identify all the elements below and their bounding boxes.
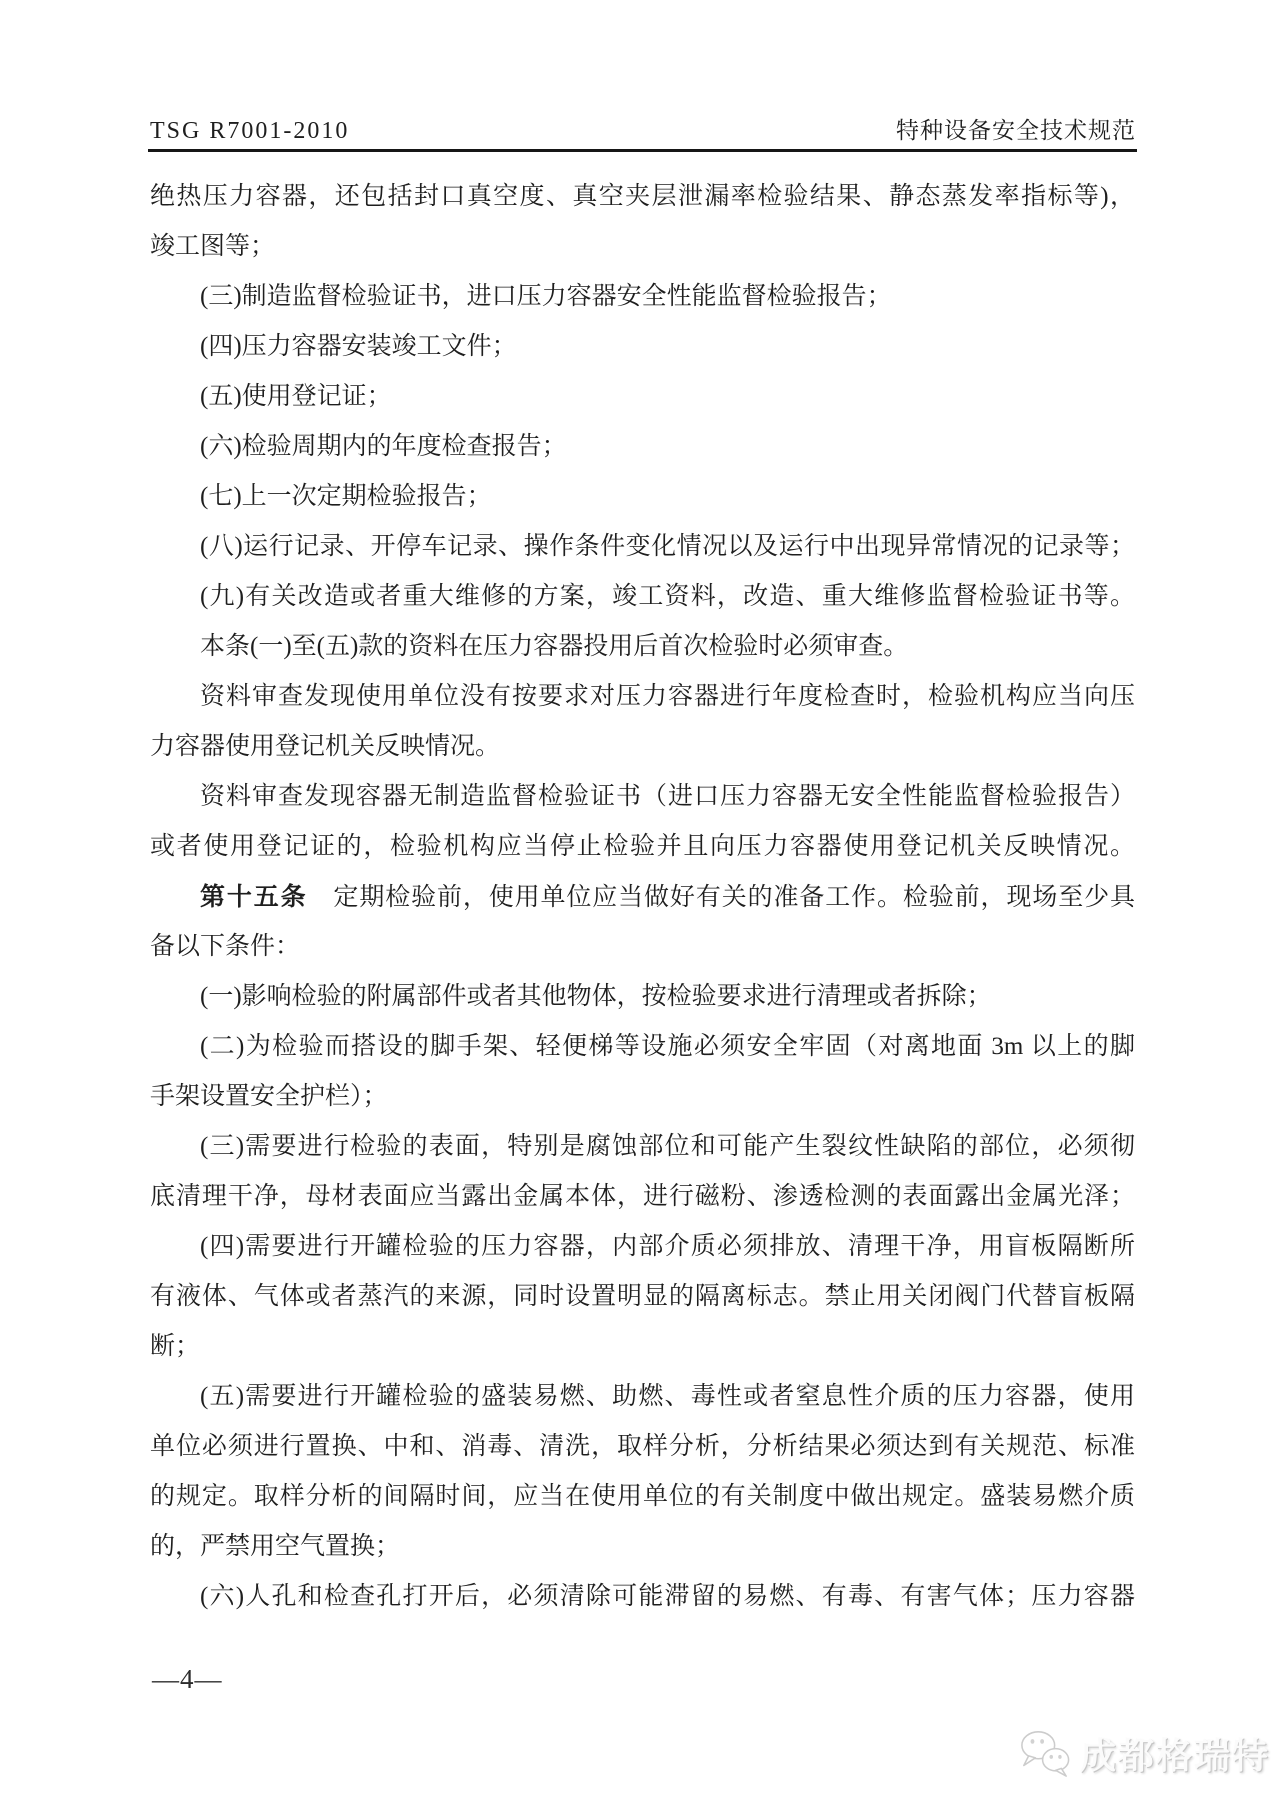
text-line: 资料审查发现使用单位没有按要求对压力容器进行年度检查时，检验机构应当向压 [150, 672, 1135, 722]
text-line: 本条(一)至(五)款的资料在压力容器投用后首次检验时必须审查。 [150, 622, 1135, 672]
text-line: (六)检验周期内的年度检查报告； [150, 422, 1135, 472]
text-line: (七)上一次定期检验报告； [150, 472, 1135, 522]
text-line: (二)为检验而搭设的脚手架、轻便梯等设施必须安全牢固（对离地面 3m 以上的脚 [150, 1022, 1135, 1072]
text-line: (六)人孔和检查孔打开后，必须清除可能滞留的易燃、有毒、有害气体；压力容器 [150, 1572, 1135, 1622]
header-rule [148, 149, 1137, 152]
text-line: 资料审查发现容器无制造监督检验证书（进口压力容器无安全性能监督检验报告） [150, 772, 1135, 822]
header-doc-title: 特种设备安全技术规范 [896, 112, 1136, 145]
text-line: (一)影响检验的附属部件或者其他物体，按检验要求进行清理或者拆除； [150, 972, 1135, 1022]
wechat-icon [1016, 1727, 1074, 1779]
text-line: 备以下条件： [150, 922, 1135, 972]
text-line: 手架设置安全护栏）； [150, 1072, 1135, 1122]
text-line: 的，严禁用空气置换； [150, 1522, 1135, 1572]
text-line: (三)制造监督检验证书，进口压力容器安全性能监督检验报告； [150, 272, 1135, 322]
text-line: 的规定。取样分析的间隔时间，应当在使用单位的有关制度中做出规定。盛装易燃介质 [150, 1472, 1135, 1522]
page-header: TSG R7001-2010 特种设备安全技术规范 [150, 112, 1136, 145]
text-line: 力容器使用登记机关反映情况。 [150, 722, 1135, 772]
text-line: 断； [150, 1322, 1135, 1372]
watermark-text: 成都格瑞特 [1080, 1728, 1270, 1779]
text-line: (五)使用登记证； [150, 372, 1135, 422]
text-line: 绝热压力容器，还包括封口真空度、真空夹层泄漏率检验结果、静态蒸发率指标等)， [150, 172, 1135, 222]
text-line: (五)需要进行开罐检验的盛装易燃、助燃、毒性或者窒息性介质的压力容器，使用 [150, 1372, 1135, 1422]
text-line: 有液体、气体或者蒸汽的来源，同时设置明显的隔离标志。禁止用关闭阀门代替盲板隔 [150, 1272, 1135, 1322]
text-line: (八)运行记录、开停车记录、操作条件变化情况以及运行中出现异常情况的记录等； [150, 522, 1135, 572]
text-line: (三)需要进行检验的表面，特别是腐蚀部位和可能产生裂纹性缺陷的部位，必须彻 [150, 1122, 1135, 1172]
text-line: (四)需要进行开罐检验的压力容器，内部介质必须排放、清理干净，用盲板隔断所 [150, 1222, 1135, 1272]
text-line: 或者使用登记证的，检验机构应当停止检验并且向压力容器使用登记机关反映情况。 [150, 822, 1135, 872]
article-number: 第十五条 [200, 883, 308, 911]
document-body: 绝热压力容器，还包括封口真空度、真空夹层泄漏率检验结果、静态蒸发率指标等)，竣工… [150, 172, 1135, 1622]
page-number: —4— [152, 1664, 223, 1695]
watermark: 成都格瑞特 [1016, 1727, 1270, 1779]
text-line: 底清理干净，母材表面应当露出金属本体，进行磁粉、渗透检测的表面露出金属光泽； [150, 1172, 1135, 1222]
text-line: 第十五条 定期检验前，使用单位应当做好有关的准备工作。检验前，现场至少具 [150, 872, 1135, 922]
text-line: (四)压力容器安装竣工文件； [150, 322, 1135, 372]
document-page: TSG R7001-2010 特种设备安全技术规范 绝热压力容器，还包括封口真空… [0, 0, 1280, 1810]
text-line: (九)有关改造或者重大维修的方案，竣工资料，改造、重大维修监督检验证书等。 [150, 572, 1135, 622]
text-line: 单位必须进行置换、中和、消毒、清洗，取样分析，分析结果必须达到有关规范、标准 [150, 1422, 1135, 1472]
text-line: 竣工图等； [150, 222, 1135, 272]
header-doc-code: TSG R7001-2010 [150, 118, 349, 145]
